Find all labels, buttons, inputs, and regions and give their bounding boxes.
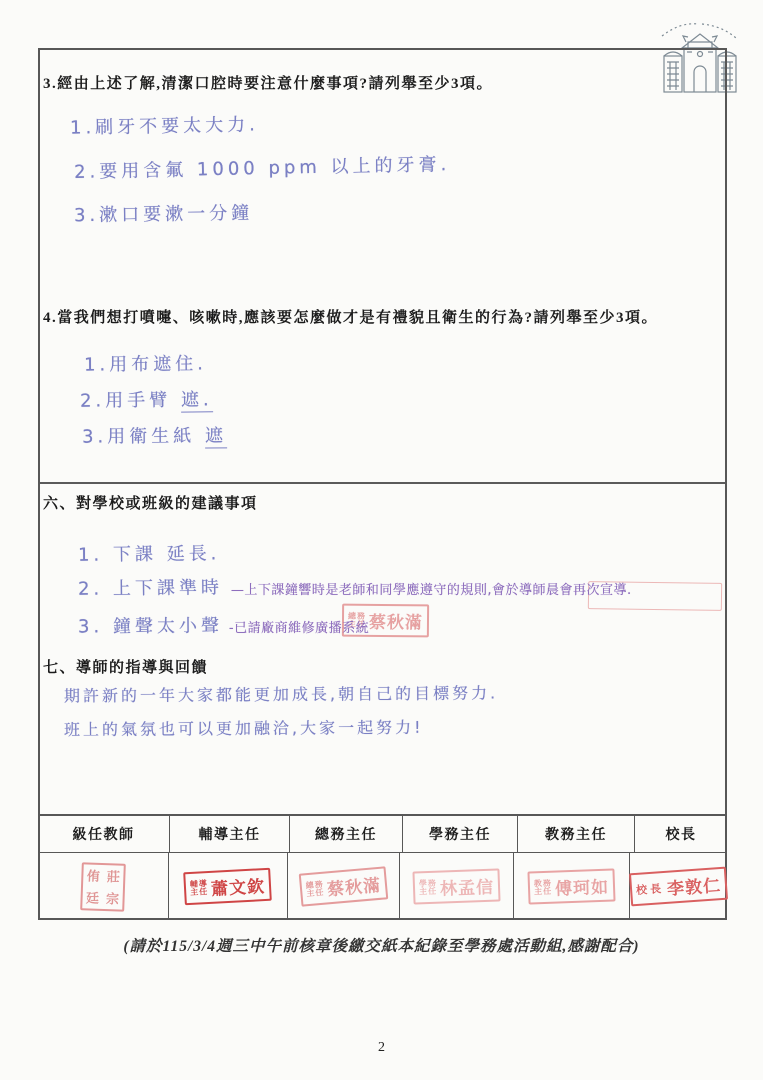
scanned-form-page: { "page": { "number": "2" }, "logo": { "…: [0, 0, 763, 1080]
academic-affairs-stamp-title: 教務 主任: [534, 879, 553, 896]
section7-title: 七、導師的指導與回饋: [43, 656, 208, 677]
section6-item-3-student: 3. 鐘聲太小聲: [78, 611, 223, 638]
header-principal: 校長: [666, 824, 697, 844]
student-affairs-stamp-name: 林孟信: [440, 873, 495, 900]
header-general-affairs-director: 總務主任: [315, 824, 377, 844]
header-counseling-director: 輔導主任: [199, 824, 261, 844]
counseling-director-cell: 輔導 主任 蕭文欽: [169, 853, 288, 920]
q4-answer-2-underlined: 遮.: [181, 389, 213, 412]
student-affairs-cell: 學務 主任 林孟信: [400, 853, 514, 920]
section7-line-2: 班上的氣氛也可以更加融洽,大家一起努力!: [64, 715, 424, 741]
principal-stamp-name: 李敦仁: [666, 871, 722, 900]
q4-answer-2-text: 2.用手臂: [80, 390, 181, 412]
section6-title: 六、對學校或班級的建議事項: [43, 492, 258, 513]
academic-affairs-stamp: 教務 主任 傅珂如: [527, 868, 615, 904]
section6-item-3-teacher-reply: -已請廠商維修廣播系統: [229, 617, 369, 636]
homeroom-teacher-square-seal: 侑 莊 廷 宗: [80, 862, 126, 912]
section7-line-1: 期許新的一年大家都能更加成長,朝自己的目標努力.: [64, 680, 498, 706]
principal-stamp-title: 校長: [636, 880, 665, 898]
seal-char-2: 莊: [103, 865, 124, 888]
counselor-stamp-name: 蕭文欽: [211, 872, 266, 900]
approval-table-stamp-row: 侑 莊 廷 宗 輔導 主任 蕭文欽 總務: [38, 853, 727, 920]
seal-char-3: 廷: [82, 886, 103, 909]
page-number: 2: [0, 1040, 763, 1056]
student-affairs-stamp: 學務 主任 林孟信: [412, 868, 500, 904]
header-student-affairs-director: 學務主任: [429, 824, 491, 844]
q4-answer-1: 1.用布遮住.: [84, 349, 207, 376]
counseling-director-stamp: 輔導 主任 蕭文欽: [184, 868, 273, 906]
section6-item-2-student: 2. 上下課準時: [78, 573, 223, 601]
academic-affairs-cell: 教務 主任 傅珂如: [514, 853, 630, 920]
principal-cell: 校長 李敦仁: [630, 853, 727, 920]
general-affairs-stamp: 總務 主任 蔡秋滿: [299, 866, 389, 906]
q4-answer-2: 2.用手臂 遮.: [80, 385, 213, 412]
q3-answer-3: 3.漱口要漱一分鐘: [74, 199, 254, 227]
q3-answer-2: 2.要用含氟 1000 ppm 以上的牙膏.: [74, 150, 451, 184]
question-3-heading: 3.經由上述了解,清潔口腔時要注意什麼事項?請列舉至少3項。: [43, 72, 493, 93]
counselor-title-bottom: 主任: [190, 888, 208, 897]
counselor-stamp-title: 輔導 主任: [190, 880, 209, 897]
q3-answer-1: 1.刷牙不要太大力.: [70, 110, 259, 139]
header-homeroom-teacher: 級任教師: [73, 824, 135, 844]
academic-affairs-title-bottom: 主任: [534, 887, 552, 896]
question-4-heading: 4.當我們想打噴嚏、咳嗽時,應該要怎麼做才是有禮貌且衛生的行為?請列舉至少3項。: [43, 306, 658, 327]
approval-signature-table: 級任教師 輔導主任 總務主任 學務主任 教務主任 校長 侑 莊 廷 宗 輔導: [38, 814, 727, 920]
seal-char-4: 宗: [102, 887, 123, 910]
q4-answer-3-underlined: 遮: [205, 425, 227, 448]
submission-instruction-note: (請於115/3/4週三中午前核章後繳交紙本紀錄至學務處活動組,感謝配合): [0, 934, 763, 956]
academic-affairs-stamp-name: 傅珂如: [555, 873, 610, 900]
principal-stamp: 校長 李敦仁: [629, 867, 728, 907]
general-affairs-cell: 總務 主任 蔡秋滿: [288, 853, 400, 920]
header-academic-affairs-director: 教務主任: [545, 824, 607, 844]
general-affairs-stamp-title: 總務 主任: [305, 880, 324, 898]
student-affairs-title-bottom: 主任: [419, 887, 437, 896]
section6-item-1: 1. 下課 延長.: [78, 540, 220, 566]
inline-stamp-name: 蔡秋滿: [369, 608, 423, 633]
general-affairs-stamp-name: 蔡秋滿: [326, 871, 382, 901]
student-affairs-stamp-title: 學務 主任: [419, 879, 438, 896]
section-divider-line: [40, 482, 725, 484]
section6-item-2: 2. 上下課準時 —上下課鐘響時是老師和同學應遵守的規則,會於導師晨會再次宣導.: [78, 574, 632, 600]
form-border-box: 3.經由上述了解,清潔口腔時要注意什麼事項?請列舉至少3項。 1.刷牙不要太大力…: [38, 48, 727, 920]
q4-answer-3: 3.用衛生紙 遮: [82, 421, 227, 448]
q4-answer-1-text: 1.用布遮住.: [84, 353, 207, 375]
q4-answer-3-text: 3.用衛生紙: [82, 426, 205, 448]
section6-item-3: 3. 鐘聲太小聲 -已請廠商維修廣播系統: [78, 612, 369, 638]
seal-char-1: 侑: [83, 864, 104, 887]
approval-table-header-row: 級任教師 輔導主任 總務主任 學務主任 教務主任 校長: [38, 816, 727, 853]
section6-item-1-student: 1. 下課 延長.: [78, 539, 221, 566]
homeroom-teacher-cell: 侑 莊 廷 宗: [38, 853, 169, 920]
section6-item-2-teacher-reply: —上下課鐘響時是老師和同學應遵守的規則,會於導師晨會再次宣導.: [231, 579, 632, 598]
general-affairs-title-bottom: 主任: [306, 888, 325, 898]
